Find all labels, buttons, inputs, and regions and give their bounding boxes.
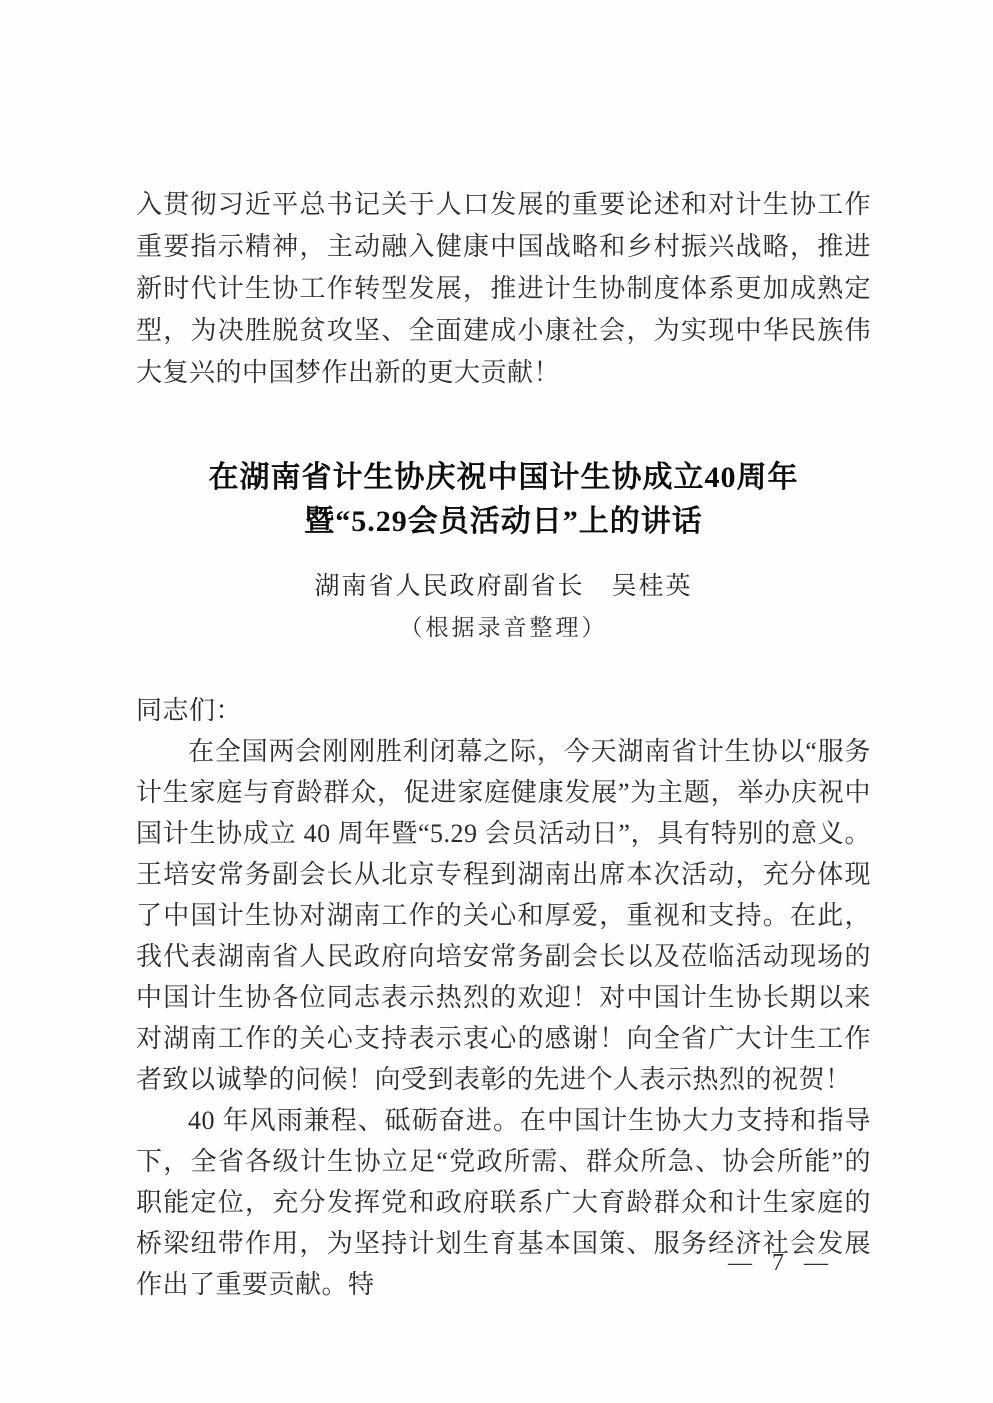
- page-number: — 7 —: [728, 1250, 835, 1277]
- body-paragraph-1: 在全国两会刚刚胜利闭幕之际，今天湖南省计生协以“服务计生家庭与育龄群众，促进家庭…: [136, 731, 871, 1100]
- document-title: 在湖南省计生协庆祝中国计生协成立40周年 暨“5.29会员活动日”上的讲话: [136, 456, 871, 544]
- continuation-paragraph: 入贯彻习近平总书记关于人口发展的重要论述和对计生协工作重要指示精神，主动融入健康…: [136, 184, 871, 394]
- document-title-line-1: 在湖南省计生协庆祝中国计生协成立40周年: [136, 456, 871, 500]
- byline-author: 湖南省人民政府副省长 吴桂英: [136, 570, 871, 604]
- document-title-line-2: 暨“5.29会员活动日”上的讲话: [136, 500, 871, 544]
- byline-transcription-note: （根据录音整理）: [136, 612, 871, 644]
- document-page: 入贯彻习近平总书记关于人口发展的重要论述和对计生协工作重要指示精神，主动融入健康…: [0, 0, 993, 1403]
- text-block: 入贯彻习近平总书记关于人口发展的重要论述和对计生协工作重要指示精神，主动融入健康…: [136, 184, 871, 1305]
- speech-body: 同志们： 在全国两会刚刚胜利闭幕之际，今天湖南省计生协以“服务计生家庭与育龄群众…: [136, 690, 871, 1305]
- salutation: 同志们：: [136, 690, 871, 731]
